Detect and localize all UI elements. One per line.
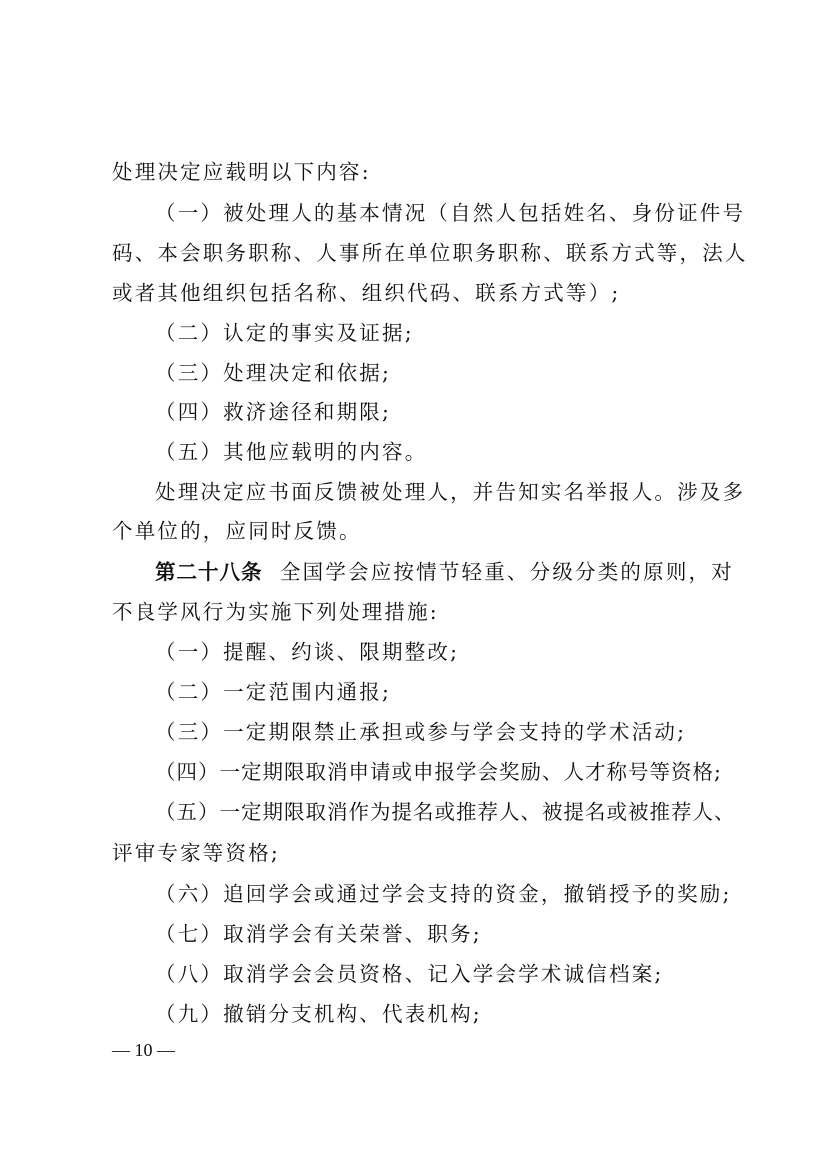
text-line: 不良学风行为实施下列处理措施:: [112, 600, 727, 624]
list-item: （六）追回学会或通过学会支持的资金，撤销授予的奖励;: [155, 882, 770, 906]
list-item: （一）被处理人的基本情况（自然人包括姓名、身份证件号: [155, 201, 770, 225]
list-item: （一）提醒、约谈、限期整改;: [155, 640, 770, 664]
list-item: （五）其他应载明的内容。: [155, 440, 770, 464]
list-item: （九）撤销分支机构、代表机构;: [155, 1002, 770, 1026]
text-line: 评审专家等资格;: [112, 841, 727, 865]
list-item: （七）取消学会有关荣誉、职务;: [155, 922, 770, 946]
list-item: （八）取消学会会员资格、记入学会学术诚信档案;: [155, 962, 770, 986]
list-item: （五）一定期限取消作为提名或推荐人、被提名或被推荐人、: [155, 800, 770, 824]
paragraph-line: 处理决定应书面反馈被处理人，并告知实名举报人。涉及多: [155, 480, 770, 504]
document-page: 处理决定应载明以下内容: （一）被处理人的基本情况（自然人包括姓名、身份证件号 …: [0, 0, 826, 1169]
list-item: （四）救济途径和期限;: [155, 400, 770, 424]
list-item: （三）处理决定和依据;: [155, 361, 770, 385]
text-line: 处理决定应载明以下内容:: [112, 160, 727, 184]
list-item: （二）认定的事实及证据;: [155, 321, 770, 345]
list-item: （二）一定范围内通报;: [155, 680, 770, 704]
article-text: 全国学会应按情节轻重、分级分类的原则，对: [280, 560, 734, 584]
article-line: 第二十八条 全国学会应按情节轻重、分级分类的原则，对: [155, 560, 770, 584]
page-number: — 10 —: [112, 1040, 175, 1061]
paragraph-line: 个单位的，应同时反馈。: [112, 519, 727, 543]
list-item: （三）一定期限禁止承担或参与学会支持的学术活动;: [155, 720, 770, 744]
list-item: （四）一定期限取消申请或申报学会奖励、人才称号等资格;: [155, 760, 770, 784]
text-line: 或者其他组织包括名称、组织代码、联系方式等）;: [112, 281, 727, 305]
article-label: 第二十八条: [155, 560, 263, 584]
text-line: 码、本会职务职称、人事所在单位职务职称、联系方式等，法人: [112, 241, 727, 265]
